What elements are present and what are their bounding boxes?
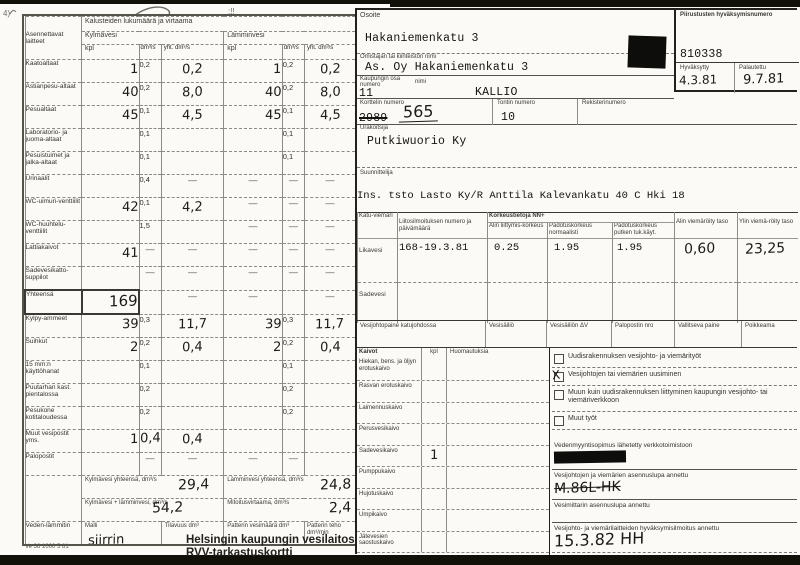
fixture-cell: 0,1 [139,106,161,129]
well-notes [446,446,549,467]
handwritten-value: 0,2 [182,62,203,78]
bottom-section: Kaivot kpl Huomautuksia Hiekan, bens. ja… [357,347,797,554]
well-row: Sadevesikaivo1 [357,446,549,468]
sum-total-cell: Kylmävesi + lämminvesi, dm³/s 54,2 [82,499,224,522]
fixture-cell [304,361,355,384]
designer-value: Ins. tsto Lasto Ky/R Anttila Kalevankatu… [357,190,685,202]
permit-list: Vedenmyyntisopimus lähetetty verkkotoimi… [552,440,797,553]
fixture-cell: 0,1 [282,106,304,129]
fixture-cell: 0,1 [282,361,304,384]
fixture-cell: 0,1 [282,129,304,152]
fixture-cell [82,221,140,244]
fixture-cell: — [304,221,355,244]
fixture-row-label: Puutarhan kast. pientalossa [25,384,82,407]
handwritten-value: 40 [265,85,282,101]
fixture-row: Laboratorio- ja juoma-altaat0,10,1 [25,129,355,152]
cold-total-cell: Kylmävesi yhteensä, dm³/s 29,4 [82,476,224,499]
wells-table: Kaivot kpl Huomautuksia Hiekan, bens. ja… [357,348,550,555]
fixture-cell: 0,1 [139,152,161,175]
wells-notes-label: Huomautuksia [446,348,549,357]
approval-number: 810338 [680,48,723,61]
returned-label: Palautettu [739,65,766,72]
district-name-value: KALLIO [475,86,518,99]
fixture-cell: — [224,221,283,244]
fixture-cell: 0,1 [282,152,304,175]
wells-header: Kaivot kpl Huomautuksia [357,348,549,357]
sewer-h2-value: 1.95 [548,239,613,283]
scan-bottom-edge [0,555,800,565]
fixture-cell [82,407,140,430]
sewer-col-high: Ylin viemä-röity taso [738,213,798,239]
block-old-value: 2989 [359,112,387,125]
well-row: Jätevesien saostuskaivo [357,532,549,554]
fixture-cell: — [161,453,224,476]
fixture-row: Palopostit———— [25,453,355,476]
address-field: Osoite Hakaniemenkatu 3 [357,10,674,54]
design-flow-cell: Mitoitusvirtaama, dm³/s 2,4 [224,499,355,522]
fixture-cell: 0,2 [139,60,161,83]
fixture-cell: 0,2 [282,83,304,106]
fixture-cell [161,129,224,152]
sewer-col-h1: Alin liittymis-korkeus [488,223,548,239]
sewer-h1-value: 0.25 [488,239,548,283]
wells-count-label: kpl [421,348,446,357]
fixture-row: Kylpy-ammeet390,311,7390,311,7 [25,314,355,338]
fixture-cell: 39 [82,314,140,338]
sewer-high-value: 23,25 [738,239,798,283]
well-row: Rasvan erotuskaivo [357,381,549,403]
fixture-cell [224,152,283,175]
fixture-cell [224,129,283,152]
fixture-row: Yhteensä169——— [25,290,355,314]
fixture-row-label: Muut vesipostit yms. [25,430,82,453]
handwritten-value: 0,4 [139,431,160,447]
totals-spacer [25,476,82,522]
unit-kpl: kpl [82,45,140,60]
fixture-cell: — [224,244,283,267]
fixture-cell: 0,1 [139,198,161,221]
sewer-notice-value: 168-19.3.81 [398,239,488,283]
fixture-cell: — [224,290,283,314]
handwritten-value: 11,7 [178,316,207,332]
contractor-value: Putkiwuorio Ky [367,135,466,148]
fixture-row: 15 mm:n käyttöhanat0,10,1 [25,361,355,384]
work-type-item: XVesijohtojen tai viemärien uusiminen [552,368,797,386]
designer-field: Suunnittelija Ins. tsto Lasto Ky/R Antti… [357,167,797,212]
unit-flow: dm³/s [139,45,161,60]
fixture-cell: 45 [224,106,283,129]
well-count [421,357,446,380]
handwritten-value: 39 [122,317,139,333]
fixture-cell [82,384,140,407]
well-row: Hiekan, bens. ja öljyn erotuskaivo [357,357,549,381]
unit-kpl-warm: kpl [224,45,283,60]
fixture-cell: — [304,244,355,267]
fixture-cell: — [304,175,355,198]
fixture-cell: — [161,244,224,267]
fixture-cell: 0,2 [139,338,161,361]
fixture-cell [82,267,140,291]
fixture-cell: — [224,175,283,198]
fixture-cell: 0,2 [282,407,304,430]
heater-radiator-water-label: Patterin vesimäärä dm³ [227,523,289,530]
well-count [421,424,446,445]
fixture-cell [224,407,283,430]
sum-total-value: 54,2 [152,499,183,516]
heater-model-cell: Malli siirrin [82,522,162,545]
fixture-row: Muut vesipostit yms.10,40,4 [25,430,355,453]
address-value: Hakaniemenkatu 3 [365,32,479,45]
fixture-cell [224,384,283,407]
handwritten-value: 39 [265,316,282,332]
fixture-cell [161,384,224,407]
fixtures-table: Asennettavat laitteet Kalusteiden lukumä… [22,14,357,546]
checkbox-x-mark: X [551,367,561,383]
sewer-col-h3: Padotuskorkeus putken tuk.käyt. [613,223,675,239]
cold-water-header: Kylmävesi [82,32,224,45]
fixture-cell: 40 [82,83,140,106]
work-type-item: Muun kuin uudisrakennuksen liittyminen k… [552,386,797,413]
register-field: Rekisterinumero [577,99,797,125]
fixture-row-label: Lattiakaivot [25,244,82,267]
cold-total-value: 29,4 [178,476,209,493]
fixture-cell: 0,1 [139,361,161,384]
permit-label: Vesijohtojen ja viemärien asennuslupa an… [554,472,795,479]
fixture-cell [82,361,140,384]
permit-item: Vesijohtojen ja viemärien asennuslupa an… [552,470,797,500]
fixture-row-label: Urinaalit [25,175,82,198]
fixture-cell [82,453,140,476]
fixture-row-label: Laboratorio- ja juoma-altaat [25,129,82,152]
work-type-item: Uudisrakennuksen vesijohto- ja viemärity… [552,350,797,368]
fixture-cell: 0,3 [139,314,161,338]
handwritten-value: 42 [122,200,139,216]
work-type-label: Muun kuin uudisrakennuksen liittyminen k… [568,389,768,405]
well-label: Umpikaivo [357,510,421,531]
well-count [421,403,446,424]
fixture-cell [304,384,355,407]
fixture-cell [161,407,224,430]
fixture-cell: 42 [82,198,140,221]
pressure-h1: Vesisäiliö [485,321,546,347]
fixture-cell: 0,3 [282,314,304,338]
fixture-cell: — [282,453,304,476]
fixture-cell: 0,2 [139,83,161,106]
fixture-cell: 0,2 [282,60,304,83]
fixture-cell: 1 [224,60,283,83]
fixture-cell [82,129,140,152]
fixture-row-label: 15 mm:n käyttöhanat [25,361,82,384]
fixture-row-label: Pesualtaat [25,106,82,129]
fixture-cell: 0,2 [282,338,304,361]
fixture-cell [161,221,224,244]
well-label: Hujotuskaivo [357,489,421,510]
fixture-row-label: Kaatoaltaat [25,60,82,83]
well-label: Jätevesien saostuskaivo [357,532,421,553]
fixture-cell: — [282,198,304,221]
redaction-bar [554,450,626,463]
sewer-row-likavesi: Likavesi 168-19.3.81 0.25 1.95 1.95 0,60… [358,239,798,283]
handwritten-value: 4,5 [182,108,203,124]
fixture-row-label: Yhteensä [25,290,82,314]
fixture-cell: 0,2 [282,384,304,407]
fixtures-title: Kalusteiden lukumäärä ja virtaama [82,17,356,32]
fixture-cell [161,152,224,175]
work-type-label: Muut työt [568,415,597,422]
fixture-cell [282,290,304,314]
totals-row: Kylmävesi yhteensä, dm³/s 29,4 Lämminves… [25,476,355,499]
fixture-cell: — [304,267,355,291]
footer-card-name: RVV-tarkastuskortti [186,547,355,560]
cold-total-label: Kylmävesi yhteensä, dm³/s [85,477,157,484]
fixture-cell [304,430,355,453]
fixture-cell [304,152,355,175]
fixture-cell: 40 [224,83,283,106]
owner-value: As. Oy Hakaniemenkatu 3 [365,61,528,74]
well-label: Pumppukaivo [357,467,421,488]
fixture-cell: — [282,244,304,267]
fixture-cell: 0,4 [304,338,355,361]
heater-model-label: Malli [85,523,97,530]
address-label: Osoite [360,12,380,20]
fixture-cell: 2 [82,338,140,361]
fixture-cell: 8,0 [161,83,224,106]
work-type-label: Vesijohtojen tai viemärien uusiminen [568,371,681,378]
warm-water-header: Lämminvesi [224,32,355,45]
owner-field: Omistajan tai kiinteistön nimi As. Oy Ha… [357,54,674,76]
handwritten-value: 11,7 [315,316,344,332]
plot-field: Tontin numero 10 [492,99,577,125]
fixture-cell: 8,0 [304,83,355,106]
warm-total-cell: Lämminvesi yhteensä, dm³/s 24,8 [224,476,355,499]
handwritten-value: 2 [130,340,139,355]
well-notes [446,357,549,380]
well-count [421,489,446,510]
approved-label: Hyväksytty [680,65,709,72]
fixture-cell: — [282,175,304,198]
well-count [421,532,446,553]
well-row: Laimennuskaivo [357,403,549,425]
unit-total-warm: yht. dm³/s [304,45,355,60]
work-type-item: Muut työt [552,412,797,430]
fixture-cell [304,407,355,430]
handwritten-value: 169 [109,291,138,310]
well-count [421,467,446,488]
sewer-table: Katu-viemäri Liitosilmoituksen numero ja… [357,212,798,323]
fixture-cell [82,152,140,175]
handwritten-value: 2 [273,340,282,355]
well-notes [446,532,549,553]
fixture-cell: — [139,453,161,476]
checkbox-icon [554,416,564,426]
fixture-row: WC-huuhtelu-venttiilit1,5——— [25,221,355,244]
approved-value: 4.3.81 [679,72,717,87]
fixture-cell: 0,4 [139,175,161,198]
permit-handwritten-value: M.86L-HK [554,479,621,497]
fixture-row: Pesuistuimet ja jalka-altaat0,10,1 [25,152,355,175]
well-count [421,381,446,402]
work-type-list: Uudisrakennuksen vesijohto- ja viemärity… [552,350,797,430]
well-label: Laimennuskaivo [357,403,421,424]
plot-value: 10 [501,111,515,124]
fixture-cell: 4,2 [161,198,224,221]
footer-org-block: Helsingin kaupungin vesilaitos RVV-tarka… [186,534,355,560]
fixture-cell: 45 [82,106,140,129]
handwritten-value: 45 [122,108,139,124]
fixtures-row-header: Asennettavat laitteet [25,17,82,60]
returned-value: 9.7.81 [743,71,785,87]
permit-label: Vedenmyyntisopimus lähetetty verkkotoimi… [554,442,795,449]
fixture-cell: — [139,244,161,267]
fixture-row-label: WC-uimuri-venttiilit [25,198,82,221]
fixture-row: Kaatoaltaat10,20,210,20,2 [25,60,355,83]
heater-volume-label: Tilavuus dm³ [165,523,199,530]
work-permit-area: Uudisrakennuksen vesijohto- ja viemärity… [552,348,797,555]
pressure-row: Vesijohtopaine katujohdossa Vesisäiliö V… [357,320,797,347]
fixture-cell: 0,4 [161,338,224,361]
sewer-col-heights: Korkeustietoja NN+ [488,213,675,223]
contractor-label: Urakoitsija [360,125,388,132]
well-row: Perusvesikaivo [357,424,549,446]
handwritten-value: 4,2 [182,200,203,216]
fixture-row: Suihkut20,20,420,20,4 [25,338,355,361]
well-row: Hujotuskaivo [357,489,549,511]
well-count: 1 [421,446,446,467]
handwritten-value: 40 [122,85,139,101]
warm-total-label: Lämminvesi yhteensä, dm³/s [227,477,303,484]
well-label: Rasvan erotuskaivo [357,381,421,402]
fixture-cell: — [161,290,224,314]
fixture-cell: — [161,267,224,291]
scan-top-edge-right [390,0,800,7]
fixture-row-label: Pesukone kotitaloudessa [25,407,82,430]
sewer-col-low: Alin viemäröity taso [675,213,738,239]
fixture-row-label: Pesuistuimet ja jalka-altaat [25,152,82,175]
sewer-h3-value: 1.95 [613,239,675,283]
fixture-cell: — [139,267,161,291]
block-plot-row: Korttelin numero 2989 565 Tontin numero … [357,99,797,125]
unit-flow-warm: dm³/s [282,45,304,60]
work-type-label: Uudisrakennuksen vesijohto- ja viemärity… [568,353,701,360]
design-flow-label: Mitoitusvirtaama, dm³/s [227,500,289,507]
returned-field: Palautettu 9.7.81 [734,63,799,93]
pressure-h5: Poikkeama [741,321,797,347]
fixture-row-label: Astianpesu-altaat [25,83,82,106]
design-flow-value: 2,4 [329,500,352,517]
fixture-cell: — [224,267,283,291]
fixture-cell: — [224,453,283,476]
footer-org: Helsingin kaupungin vesilaitos [186,534,355,547]
handwritten-value: 1 [430,447,439,462]
well-notes [446,424,549,445]
pressure-h2: Vesisäiliön ΔV [546,321,611,347]
fixture-cell: 11,7 [161,314,224,338]
fixture-cell: 0,2 [139,384,161,407]
fixture-row: WC-uimuri-venttiilit420,14,2——— [25,198,355,221]
sewer-row-label: Likavesi [358,239,398,283]
form-number: Ve 38 1000 5 81 [25,544,69,551]
fixture-row: Astianpesu-altaat400,28,0400,28,0 [25,83,355,106]
fixture-cell: — [304,198,355,221]
sewer-col-street: Katu-viemäri [358,213,398,239]
permit-item: Vesijohto- ja viemärilaitteiden hyväksym… [552,523,797,553]
well-notes [446,489,549,510]
well-notes [446,381,549,402]
approval-dates: Hyväksytty 4.3.81 Palautettu 9.7.81 [676,62,799,92]
fixture-cell: 0,2 [139,407,161,430]
fixture-cell [304,129,355,152]
corner-mark: 4) [3,9,10,18]
sewer-low-value: 0,60 [675,239,738,283]
unit-total: yht. dm³/s [161,45,224,60]
fixture-cell: 0,4 [139,430,161,453]
pressure-h3: Palopostin nro [611,321,674,347]
well-label: Perusvesikaivo [357,424,421,445]
warm-total-value: 24,8 [320,476,351,493]
fixture-cell: 1 [82,60,140,83]
wells-title: Kaivot [357,348,421,357]
approval-box: Piirustusten hyväksymisnumero 810338 Hyv… [674,10,797,92]
permit-handwritten-value: 15.3.82 HH [554,528,644,550]
district-name-label: nimi [415,79,426,86]
pressure-h4: Vallitseva paine [674,321,741,347]
well-row: Pumppukaivo [357,467,549,489]
fixture-cell: 0,2 [304,60,355,83]
pressure-h0: Vesijohtopaine katujohdossa [357,321,485,347]
permit-item: Vesimittarin asennuslupa annettu [552,500,797,523]
sewer-row-label: Sadevesi [358,283,398,323]
handwritten-value: 0,4 [320,340,341,356]
well-row: Umpikaivo [357,510,549,532]
fixture-cell: — [304,290,355,314]
sewer-col-h2: Padotuskorkeus normaalisti [548,223,613,239]
fixture-row: Sadevesikatto-suppilot————— [25,267,355,291]
block-label: Korttelin numero [360,100,404,107]
sewer-col-notice: Liitosilmoituksen numero ja päivämäärä [398,213,488,239]
fixture-row: Lattiakaivot41————— [25,244,355,267]
plot-label: Tontin numero [497,100,535,107]
checkbox-icon [554,354,564,364]
contractor-field: Urakoitsija Putkiwuorio Ky [357,125,797,167]
handwritten-value: 1 [130,432,139,447]
well-count [421,510,446,531]
right-panel: Osoite Hakaniemenkatu 3 Omistajan tai ki… [355,8,797,554]
fixture-cell: 39 [224,314,283,338]
well-label: Sadevesikaivo [357,446,421,467]
fixture-cell [161,361,224,384]
fixture-cell: — [161,175,224,198]
fixture-cell [304,453,355,476]
heater-model-value: siirrin [88,532,125,544]
fixture-cell [224,430,283,453]
sewer-row-sadevesi: Sadevesi [358,283,798,323]
checkbox-icon [554,390,564,400]
permit-item: Vedenmyyntisopimus lähetetty verkkotoimi… [552,440,797,470]
fixture-cell: 41 [82,244,140,267]
handwritten-value: 4,5 [320,108,341,124]
designer-label: Suunnittelija [360,170,393,177]
fixture-cell: 4,5 [161,106,224,129]
block-new-value: 565 [399,101,438,122]
fixture-cell: — [282,221,304,244]
scanned-inspection-card: 4) :!! Asennettavat laitteet Kalusteiden… [0,0,800,565]
heater-row-label: Veden-lämmitin [25,522,82,545]
handwritten-value: 0,2 [320,62,341,78]
fixture-cell [139,290,161,314]
fixture-cell: 0,4 [161,430,224,453]
permit-label: Vesimittarin asennuslupa annettu [554,502,795,509]
district-field: Kaupungin osa numero nimi 11 KALLIO [357,76,674,99]
